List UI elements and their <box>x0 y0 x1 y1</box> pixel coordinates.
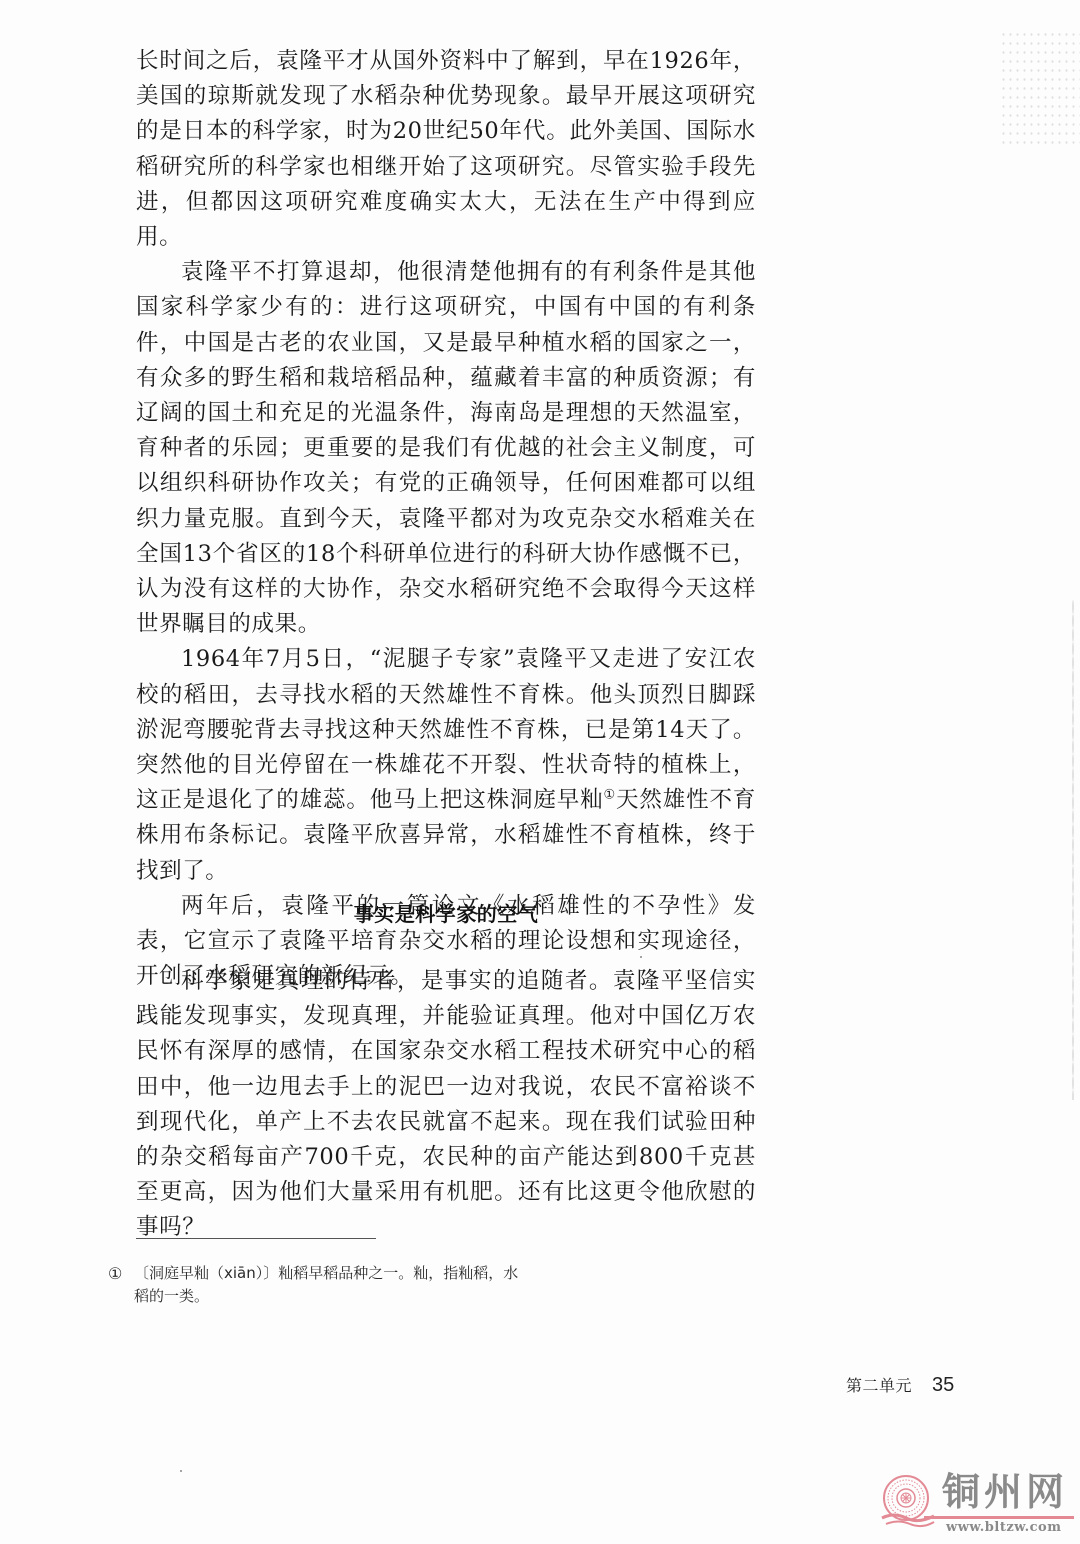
footnote-divider <box>136 1238 376 1239</box>
scan-speck <box>180 1470 182 1472</box>
unit-label: 第二单元 <box>846 1373 912 1396</box>
paragraph: 袁隆平不打算退却，他很清楚他拥有的有利条件是其他国家科学家少有的：进行这项研究，… <box>136 255 756 642</box>
article-body-upper: 长时间之后，袁隆平才从国外资料中了解到，早在1926年，美国的琼斯就发现了水稻杂… <box>136 44 756 994</box>
emblem-icon <box>880 1474 936 1530</box>
article-body-lower: 科学家是真理的侍者，是事实的追随者。袁隆平坚信实践能发现事实，发现真理，并能验证… <box>136 964 756 1246</box>
paragraph: 科学家是真理的侍者，是事实的追随者。袁隆平坚信实践能发现事实，发现真理，并能验证… <box>136 964 756 1246</box>
paragraph: 长时间之后，袁隆平才从国外资料中了解到，早在1926年，美国的琼斯就发现了水稻杂… <box>136 44 756 255</box>
footnote-text: 〔洞庭早籼（xiān）〕籼稻早稻品种之一。籼，指籼稻，水稻的一类。 <box>132 1262 528 1308</box>
site-watermark: 铜州网 www.bltzw.com <box>880 1470 1076 1540</box>
document-page: 长时间之后，袁隆平才从国外资料中了解到，早在1926年，美国的琼斯就发现了水稻杂… <box>0 0 1080 1544</box>
footnote: ① 〔洞庭早籼（xiān）〕籼稻早稻品种之一。籼，指籼稻，水稻的一类。 <box>108 1262 528 1308</box>
scan-edge-noise <box>1072 600 1074 1100</box>
running-footer: 第二单元 35 <box>846 1373 954 1397</box>
scan-speck <box>640 956 642 958</box>
footnote-marker: ① <box>108 1262 132 1285</box>
paragraph-with-note: 1964年7月5日，“泥腿子专家”袁隆平又走进了安江农校的稻田，去寻找水稻的天然… <box>136 642 756 888</box>
footnote-reference[interactable]: ① <box>603 788 616 803</box>
scan-noise <box>1000 30 1080 150</box>
page-number: 35 <box>932 1374 954 1397</box>
section-heading: 事实是科学家的空气 <box>136 898 756 927</box>
footnotes: ① 〔洞庭早籼（xiān）〕籼稻早稻品种之一。籼，指籼稻，水稻的一类。 <box>108 1262 528 1308</box>
watermark-url: www.bltzw.com <box>946 1520 1061 1535</box>
watermark-underline <box>924 1516 1074 1519</box>
watermark-title: 铜州网 <box>942 1470 1068 1514</box>
scan-speck <box>538 562 540 564</box>
